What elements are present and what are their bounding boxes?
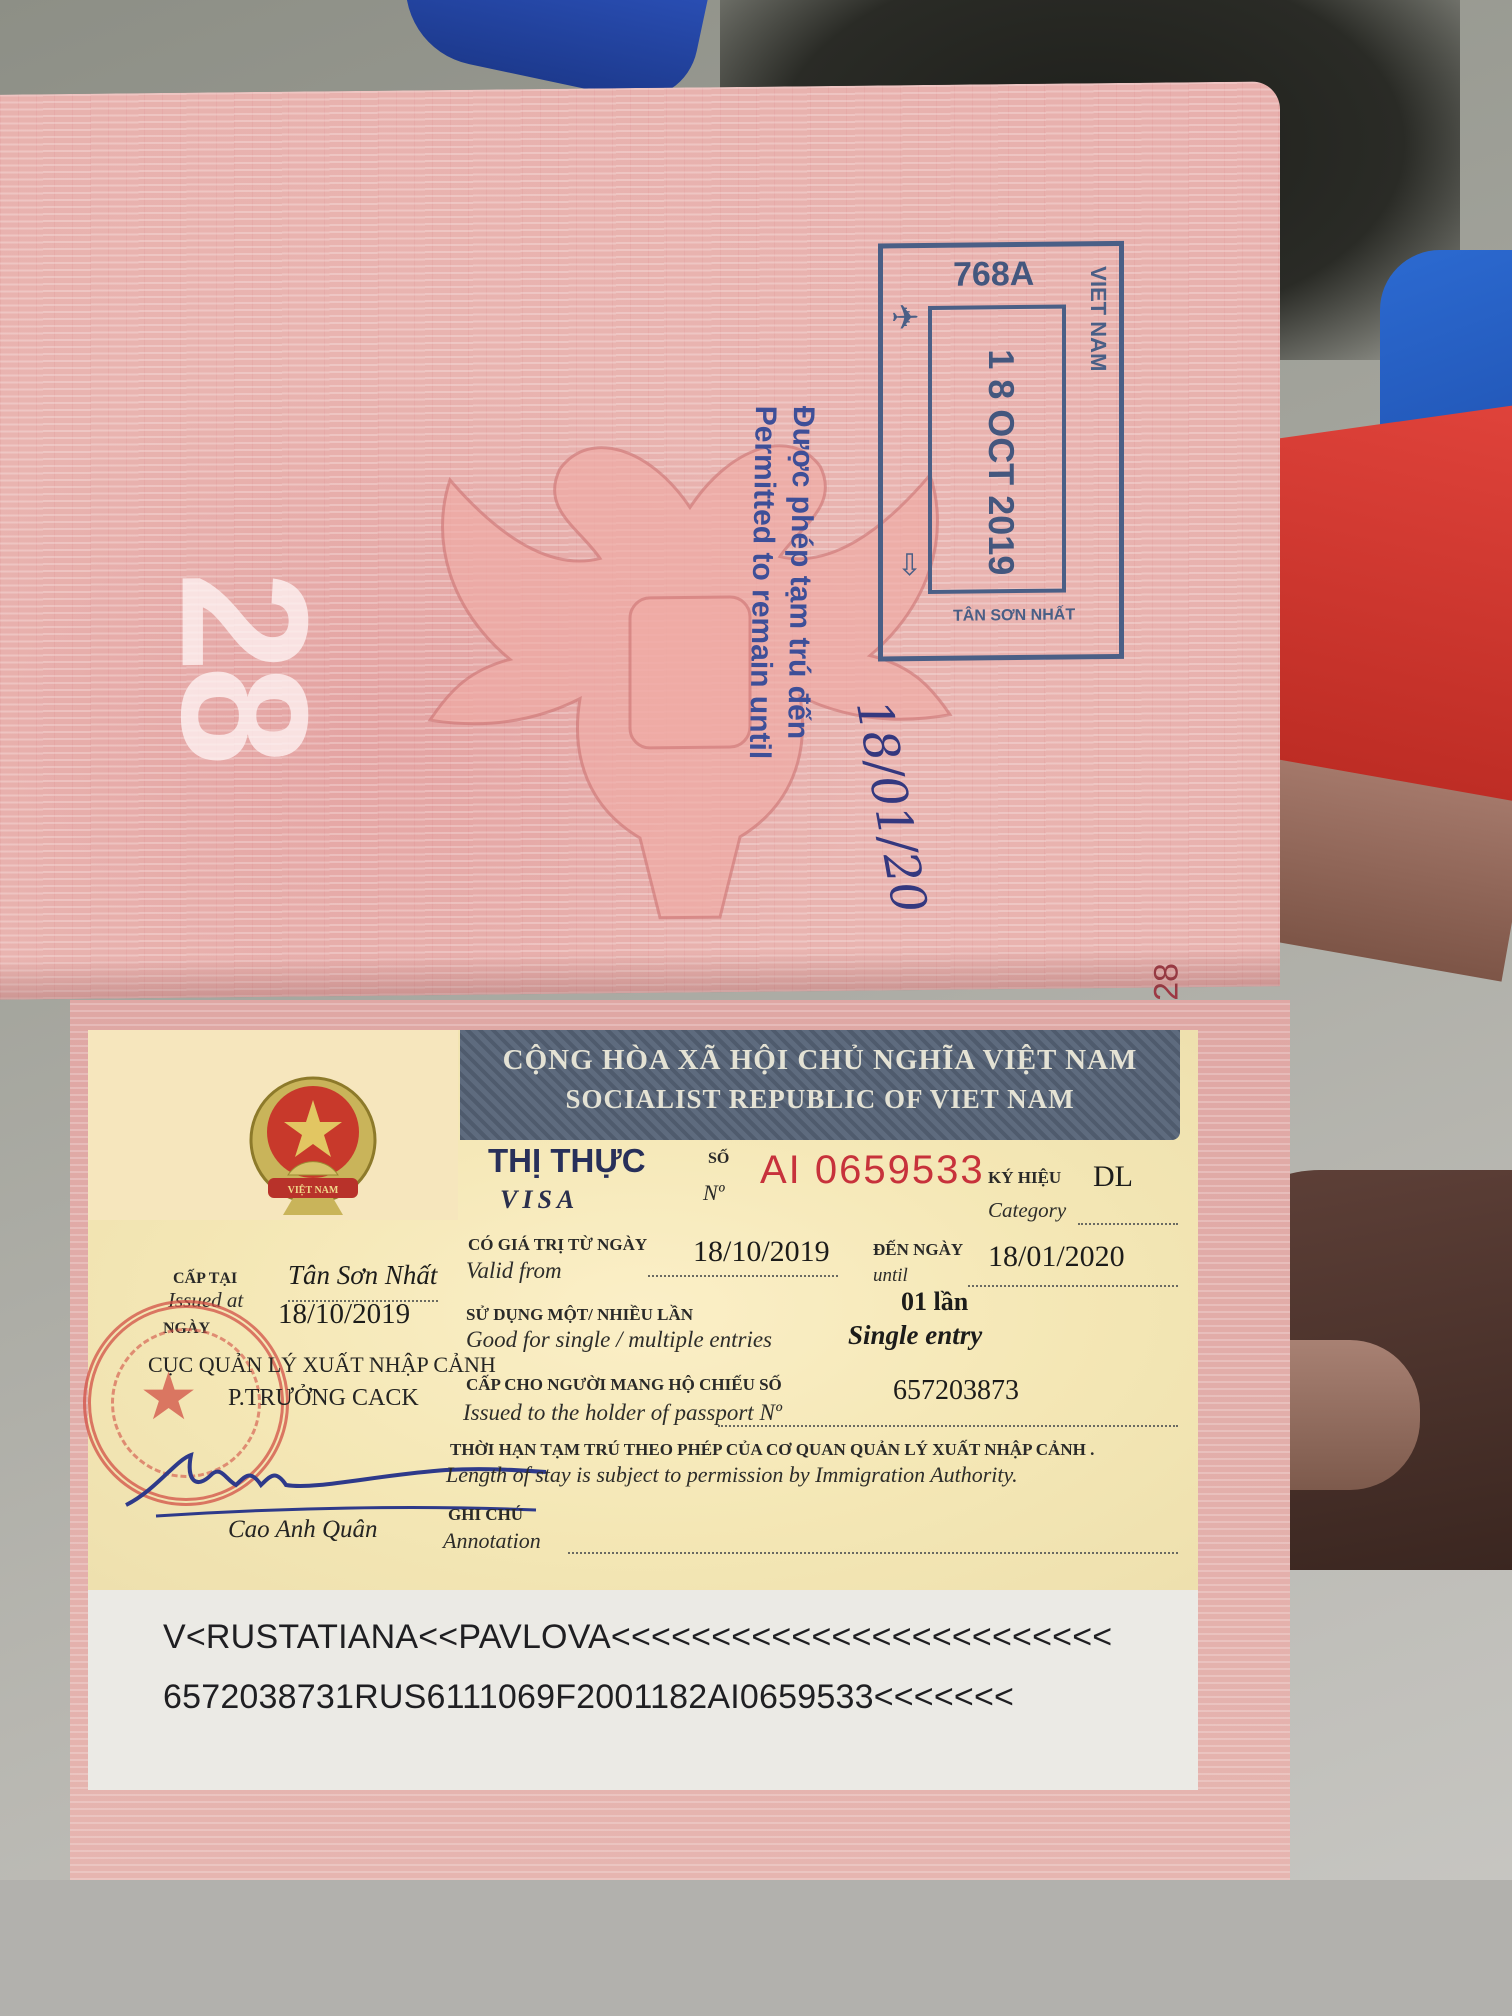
- signer-name: Cao Anh Quân: [228, 1516, 378, 1544]
- passport-number-label-vn: CẤP CHO NGƯỜI MANG HỘ CHIẾU SỐ: [466, 1375, 782, 1395]
- vietnam-emblem-icon: VIỆT NAM: [238, 1070, 388, 1220]
- page-number-edge: 28: [1147, 963, 1186, 1001]
- stamp-inner-frame: 1 8 OCT 2019: [928, 305, 1066, 594]
- page-number: 28: [141, 570, 348, 760]
- number-label-en: Nº: [703, 1180, 725, 1206]
- valid-from-label-vn: CÓ GIÁ TRỊ TỪ NGÀY: [468, 1235, 647, 1255]
- visa-title-vn: THỊ THỰC: [488, 1142, 646, 1180]
- issued-at-place: Tân Sơn Nhất: [288, 1260, 437, 1291]
- annotation-dots: [568, 1552, 1178, 1554]
- entries-label-vn: SỬ DỤNG MỘT/ NHIỀU LẦN: [466, 1305, 693, 1325]
- stamp-country: VIET NAM: [1085, 266, 1111, 371]
- visa-category: DL: [1093, 1160, 1133, 1194]
- visa-sticker: VIỆT NAM CỘNG HÒA XÃ HỘI CHỦ NGHĨA VIỆT …: [88, 1030, 1198, 1790]
- category-dots: [1078, 1223, 1178, 1225]
- svg-text:VIỆT NAM: VIỆT NAM: [288, 1183, 339, 1196]
- issued-at-label-vn: CẤP TẠI: [173, 1270, 237, 1288]
- stay-notice-vn: THỜI HẠN TẠM TRÚ THEO PHÉP CỦA CƠ QUAN Q…: [450, 1440, 1094, 1460]
- stay-permit-vn: Được phép tạm trú đến: [780, 406, 820, 760]
- stamp-port: TÂN SƠN NHẤT: [953, 606, 1075, 625]
- visa-number: AI 0659533: [760, 1148, 985, 1193]
- stay-notice-en: Length of stay is subject to permission …: [446, 1462, 1018, 1488]
- issuing-office: CỤC QUẢN LÝ XUẤT NHẬP CẢNH: [148, 1352, 496, 1378]
- valid-until-dots: [968, 1285, 1178, 1287]
- entries-label-en: Good for single / multiple entries: [466, 1327, 772, 1353]
- airplane-icon: ✈: [891, 298, 920, 338]
- issued-on-date: 18/10/2019: [278, 1298, 410, 1331]
- header-vn: CỘNG HÒA XÃ HỘI CHỦ NGHĨA VIỆT NAM: [460, 1044, 1180, 1077]
- entry-stamp: 768A ✈ 1 8 OCT 2019 VIET NAM ⇩ TÂN SƠN N…: [878, 241, 1124, 662]
- passport-page-top: 28 28 768A ✈ 1 8 OCT 2019 VIET NAM ⇩ TÂN…: [0, 81, 1280, 999]
- stamp-code: 768A: [953, 255, 1034, 295]
- entries-value-en: Single entry: [848, 1320, 982, 1351]
- stamp-date: 1 8 OCT 2019: [980, 349, 1022, 576]
- stay-permit-stamp: Được phép tạm trú đến Permitted to remai…: [742, 406, 820, 760]
- number-label-vn: SỐ: [708, 1150, 729, 1168]
- passport-number-label-en: Issued to the holder of passport Nº: [463, 1400, 782, 1426]
- annotation-label-en: Annotation: [443, 1528, 541, 1554]
- entries-value-vn: 01 lần: [901, 1287, 968, 1317]
- valid-until-label-vn: ĐẾN NGÀY: [873, 1240, 963, 1260]
- stay-permit-en: Permitted to remain until: [742, 406, 782, 760]
- valid-from-label-en: Valid from: [466, 1258, 562, 1284]
- arrival-arrow-icon: ⇩: [897, 548, 922, 583]
- passport-number: 657203873: [893, 1375, 1019, 1407]
- category-label-vn: KÝ HIỆU: [988, 1168, 1061, 1188]
- mrz-line-2: 6572038731RUS6111069F2001182AI0659533<<<…: [163, 1678, 1014, 1717]
- passport-number-dots: [718, 1425, 1178, 1427]
- visa-header-band: CỘNG HÒA XÃ HỘI CHỦ NGHĨA VIỆT NAM SOCIA…: [460, 1030, 1180, 1140]
- header-en: SOCIALIST REPUBLIC OF VIET NAM: [460, 1084, 1180, 1115]
- valid-until-date: 18/01/2020: [988, 1240, 1125, 1274]
- valid-from-date: 18/10/2019: [693, 1235, 830, 1269]
- category-label-en: Category: [988, 1198, 1066, 1223]
- annotation-label-vn: GHI CHÚ: [448, 1505, 523, 1525]
- machine-readable-zone: V<RUSTATIANA<<PAVLOVA<<<<<<<<<<<<<<<<<<<…: [88, 1590, 1198, 1790]
- visa-title-en: VISA: [500, 1185, 579, 1215]
- floor: [0, 1880, 1512, 2016]
- valid-from-dots: [648, 1275, 838, 1277]
- valid-until-label-en: until: [873, 1265, 908, 1287]
- issuing-officer-title: P.TRƯỞNG CACK: [228, 1385, 419, 1412]
- mrz-line-1: V<RUSTATIANA<<PAVLOVA<<<<<<<<<<<<<<<<<<<…: [163, 1618, 1112, 1657]
